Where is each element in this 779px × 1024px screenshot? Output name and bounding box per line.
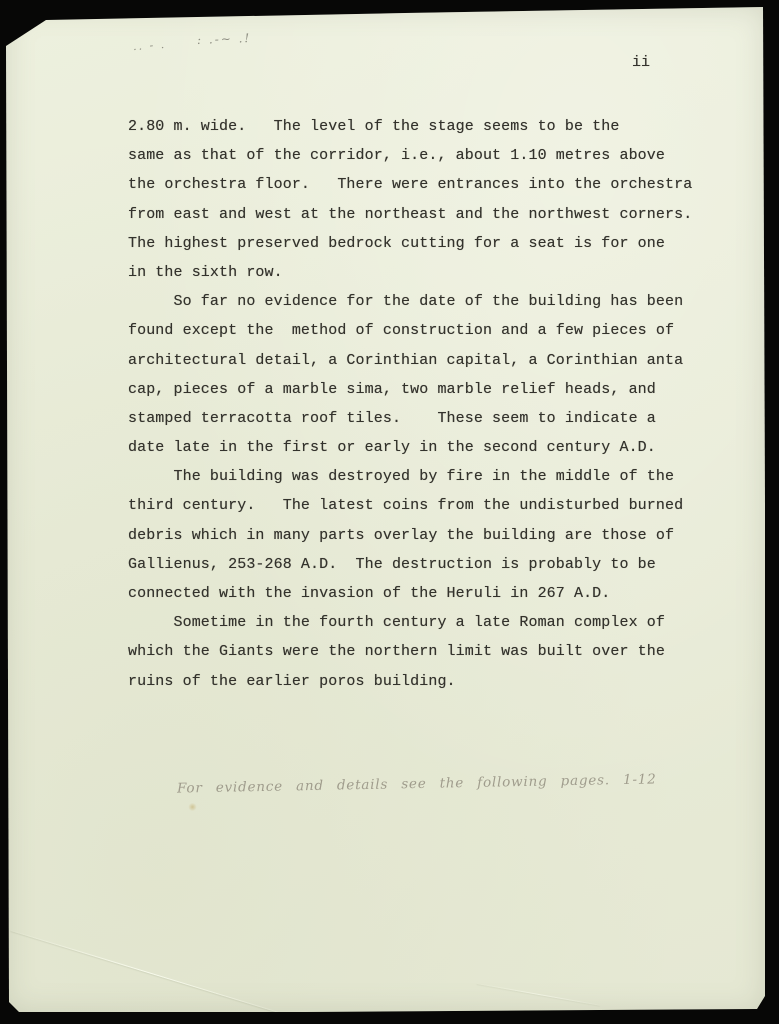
- paper-stain: [188, 803, 197, 811]
- paper: .. - . : .-~ .! ii 2.80 m. wide. The lev…: [5, 6, 766, 1013]
- typewritten-line: Gallienus, 253-268 A.D. The destruction …: [128, 550, 728, 579]
- page-number: ii: [632, 54, 650, 71]
- typewritten-line: connected with the invasion of the Herul…: [128, 579, 728, 608]
- typewritten-line: date late in the first or early in the s…: [128, 433, 728, 462]
- paper-crease: [477, 983, 600, 1006]
- typewritten-line: in the sixth row.: [128, 258, 728, 287]
- typewritten-line: So far no evidence for the date of the b…: [128, 287, 728, 316]
- typewritten-body: 2.80 m. wide. The level of the stage see…: [128, 112, 728, 696]
- typewritten-line: cap, pieces of a marble sima, two marble…: [128, 375, 728, 404]
- typewritten-line: the orchestra floor. There were entrance…: [128, 170, 728, 199]
- typewritten-line: architectural detail, a Corinthian capit…: [128, 346, 728, 375]
- typewritten-line: Sometime in the fourth century a late Ro…: [128, 608, 728, 637]
- typewritten-line: found except the method of construction …: [128, 316, 728, 345]
- pencil-smudge-marks: .. - .: [133, 38, 167, 53]
- typewritten-line: ruins of the earlier poros building.: [128, 667, 728, 696]
- scan-background: .. - . : .-~ .! ii 2.80 m. wide. The lev…: [0, 0, 779, 1024]
- paper-crease: [11, 930, 289, 1016]
- pencil-smudge-marks: : .-~ .!: [197, 31, 252, 47]
- typewritten-line: from east and west at the northeast and …: [128, 200, 728, 229]
- typewritten-line: third century. The latest coins from the…: [128, 491, 728, 520]
- typewritten-line: same as that of the corridor, i.e., abou…: [128, 141, 728, 170]
- typewritten-line: The building was destroyed by fire in th…: [128, 462, 728, 491]
- handwritten-note: For evidence and details see the followi…: [177, 771, 657, 796]
- typewritten-line: stamped terracotta roof tiles. These see…: [128, 404, 728, 433]
- typewritten-line: The highest preserved bedrock cutting fo…: [128, 229, 728, 258]
- typewritten-line: 2.80 m. wide. The level of the stage see…: [128, 112, 728, 141]
- typewritten-line: debris which in many parts overlay the b…: [128, 521, 728, 550]
- typewritten-line: which the Giants were the northern limit…: [128, 637, 728, 666]
